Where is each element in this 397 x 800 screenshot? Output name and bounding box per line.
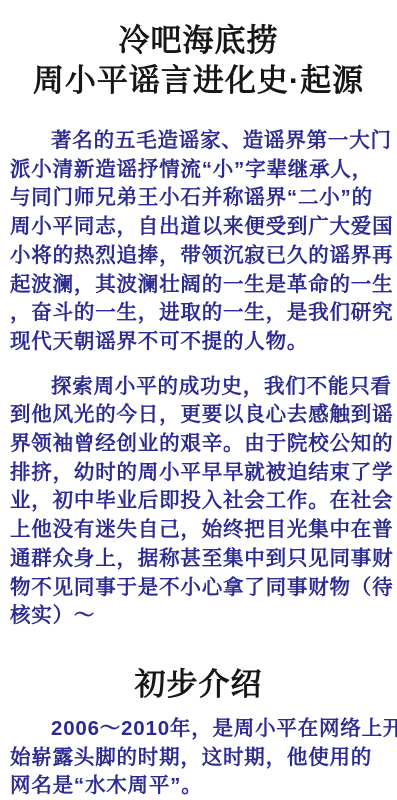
paragraph-intro: 著名的五毛造谣家、造谣界第一大门 派小清新造谣抒情流“小”字辈继承人， 与同门师…: [10, 127, 387, 357]
page-title: 冷吧海底捞 周小平谣言进化史·起源: [10, 21, 387, 101]
page: 冷吧海底捞 周小平谣言进化史·起源 著名的五毛造谣家、造谣界第一大门 派小清新造…: [0, 21, 397, 800]
paragraph-history: 探索周小平的成功史，我们不能只看 到他风光的今日，更要以良心去感触到谣 界领袖曾…: [10, 373, 387, 631]
paragraph-early-period: 2006～2010年，是周小平在网络上开 始崭露头脚的时期，这时期，他使用的 网…: [10, 715, 387, 800]
document-image: { "content": { "title": "冷吧海底捞\n周小平谣言进化史…: [0, 0, 397, 800]
section-heading: 初步介绍: [10, 665, 387, 705]
